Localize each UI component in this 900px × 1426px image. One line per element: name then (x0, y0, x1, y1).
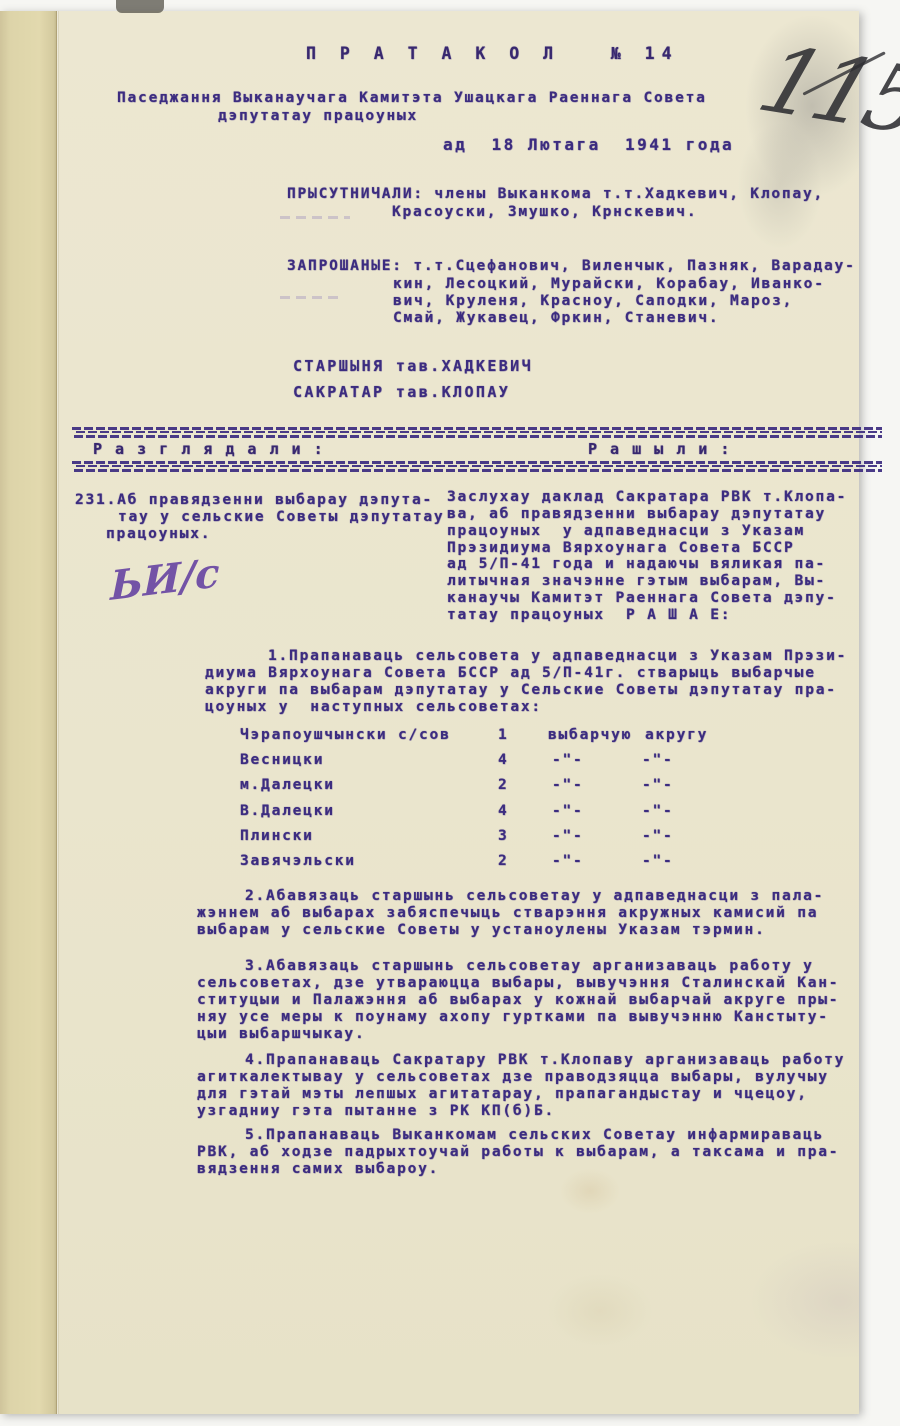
resolution-intro-line: ва, аб правядзенни выбарау дэпутатау (447, 506, 826, 522)
district-name: В.Далецки (240, 803, 335, 819)
chairman-line: СТАРШЫНЯ тав.ХАДКЕВИЧ (293, 358, 533, 374)
ditto-mark: -"- (642, 752, 674, 768)
point-1-line: цоуных у наступных сельсоветах: (205, 699, 542, 715)
district-count: 2 (498, 777, 509, 793)
point-4-line: для гэтай мэты лепшых агитатарау, прапаг… (197, 1086, 808, 1102)
ditto-mark: -"- (552, 803, 584, 819)
ditto-mark: -"- (552, 777, 584, 793)
separator-line-bottom (72, 461, 882, 472)
present-line-2: Красоуски, Змушко, Крнскевич. (392, 204, 697, 220)
district-count: 3 (498, 828, 509, 844)
point-4-line: 4.Прапанаваць Сакратару РВК т.Клопаву ар… (245, 1052, 845, 1068)
district-col4: акругу (645, 727, 708, 743)
district-name: м.Далецки (240, 777, 335, 793)
column-header-right: Р а ш ы л и : (588, 441, 731, 457)
date-line: ад 18 Лютага 1941 года (443, 137, 734, 153)
district-count: 4 (498, 803, 509, 819)
ditto-mark: -"- (552, 752, 584, 768)
agenda-item-line-2: тау у сельские Советы дэпутатау (118, 509, 444, 525)
paper-crease (57, 11, 59, 1414)
point-4-line: узгадниу гэта пытанне з РК КП(б)Б. (197, 1103, 555, 1119)
point-4-line: агиткалектывау у сельсоветах дзе праводз… (197, 1069, 829, 1085)
point-2-line: выбарам у сельские Советы у устаноулены … (197, 922, 766, 938)
carbon-ghost-mark (280, 216, 350, 219)
separator-line-top (72, 427, 882, 438)
ditto-mark: -"- (552, 853, 584, 869)
point-5-line: вядзення самих выбароу. (197, 1161, 439, 1177)
point-5-line: 5.Прапанаваць Выканкомам сельских Совета… (245, 1127, 824, 1143)
point-1-line: 1.Прапанаваць сельсовета у адпаведнасци … (268, 648, 847, 664)
resolution-intro-line: канаучы Камитэт Раеннага Совета дэпу- (447, 590, 837, 606)
point-1-line: диума Вярхоунага Совета БССР ад 5/П-41г.… (205, 665, 816, 681)
ditto-mark: -"- (642, 853, 674, 869)
ditto-mark: -"- (552, 828, 584, 844)
invited-line-3: вич, Круленя, Красноу, Саподки, Мароз, (393, 293, 793, 309)
district-name: Завячэльски (240, 853, 356, 869)
invited-line-2: кин, Лесоцкий, Мурайски, Корабау, Иванко… (393, 276, 825, 292)
agenda-item-line-1: 231.Аб правядзенни выбарау дэпута- (75, 492, 433, 508)
resolution-intro-line: Заслухау даклад Сакратара РВК т.Клопа- (447, 489, 847, 505)
point-1-line: акруги па выбарам дэпутатау у Сельские С… (205, 682, 837, 698)
point-5-line: РВК, аб ходзе падрыхтоучай работы к выба… (197, 1144, 839, 1160)
invited-line-4: Смай, Жукавец, Фркин, Станевич. (393, 310, 719, 326)
district-count: 1 (498, 727, 509, 743)
carbon-ghost-mark (280, 296, 340, 299)
document-title: П Р А Т А К О Л № 14 (306, 46, 679, 62)
district-count: 2 (498, 853, 509, 869)
present-line-1: ПРЫСУТНИЧАЛИ: члены Выканкома т.т.Хадкев… (287, 186, 824, 202)
ditto-mark: -"- (642, 777, 674, 793)
point-3-line: ституцыи и Палажэння аб выбарах у кожнай… (197, 992, 839, 1008)
point-2-line: 2.Абавязаць старшынь сельсоветау у адпав… (245, 888, 824, 904)
district-name: Плински (240, 828, 314, 844)
point-3-line: сельсоветах, дзе утвараюцца выбары, выву… (197, 975, 839, 991)
column-header-left: Р а з г л я д а л и : (93, 441, 325, 457)
district-name: Весницки (240, 752, 324, 768)
point-2-line: жэннем аб выбарах забяспечыць стварэння … (197, 905, 818, 921)
agenda-item-line-3: працоуных. (106, 526, 211, 542)
resolution-intro-line: литычная значэнне гэтым выбарам, Вы- (447, 573, 826, 589)
resolution-intro-line: татау працоуных Р А Ш А Е: (447, 607, 731, 623)
ditto-mark: -"- (642, 828, 674, 844)
resolution-intro-line: ад 5/П-41 года и надаючы вяликая па- (447, 556, 826, 572)
org-line-2: дэпутатау працоуных (218, 108, 418, 124)
district-col3: выбарчую (548, 727, 632, 743)
district-name: Чэрапоушчынски с/сов (240, 727, 451, 743)
invited-line-1: ЗАПРОШАНЫЕ: т.т.Сцефанович, Виленчык, Па… (287, 258, 856, 274)
point-3-line: няу усе меры к поунаму ахопу гуртками па… (197, 1009, 829, 1025)
scan-edge-mark (116, 0, 164, 13)
point-3-line: 3.Абавязаць старшынь сельсоветау арганиз… (245, 958, 814, 974)
district-count: 4 (498, 752, 509, 768)
paper-fold-strip (0, 11, 57, 1414)
ditto-mark: -"- (642, 803, 674, 819)
point-3-line: цыи выбаршчыкау. (197, 1026, 365, 1042)
secretary-line: САКРАТАР тав.КЛОПАУ (293, 384, 510, 400)
resolution-intro-line: Прэзидиума Вярхоунага Совета БССР (447, 540, 794, 556)
resolution-intro-line: працоуных у адпаведнасци з Указам (447, 523, 805, 539)
org-line-1: Паседжання Выканаучага Камитэта Ушацкага… (117, 90, 707, 106)
